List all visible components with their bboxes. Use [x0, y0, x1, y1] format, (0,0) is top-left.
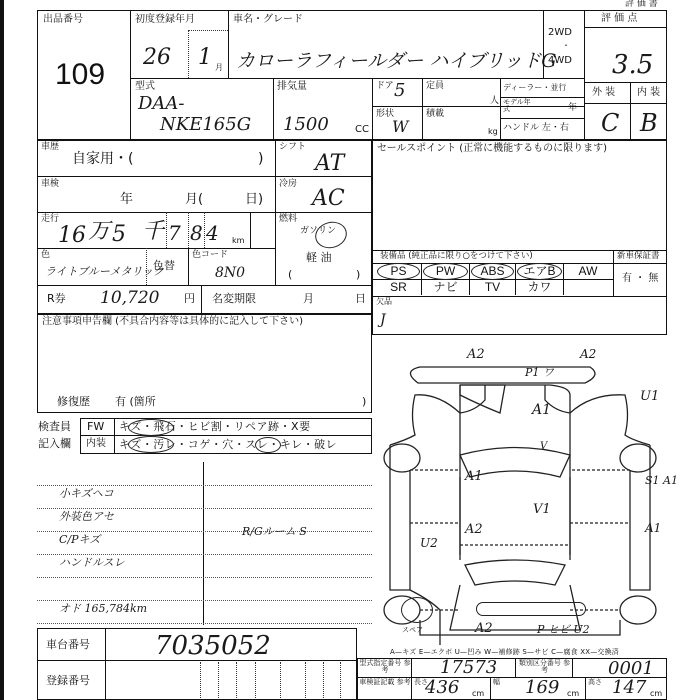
car-name-label: 車名・グレード — [233, 15, 303, 25]
mileage-sen: 5 — [112, 224, 126, 246]
scan-edge — [0, 0, 4, 700]
remark-left: 外装色アセ — [59, 511, 114, 522]
remarks-area: 小キズヘコ外装色アセC/Pキズハンドルスレオド 165,784kmR/Gルーム … — [37, 462, 372, 625]
interior-grade: B — [640, 111, 658, 135]
length: 436 — [425, 679, 459, 697]
mark-left-quarter: U2 — [420, 537, 438, 549]
mark-right-front-door: S1 A1 — [645, 475, 678, 486]
equipment-item: TV — [470, 280, 516, 295]
sales-point-label: セールスポイント (正常に機能するものに限ります) — [377, 144, 607, 154]
equipment-item: SR — [376, 280, 422, 295]
car-name: カローラフィールダー ハイブリッドG — [236, 52, 556, 71]
warranty-label: 新車保証書 — [617, 252, 660, 261]
color-code: 8N0 — [215, 266, 245, 280]
mark-front-bumper-left: A2 — [467, 348, 485, 361]
equipment-item: PW — [422, 264, 470, 279]
sheet-title: 評 価 書 — [625, 0, 658, 9]
equipment-item: PS — [376, 264, 422, 279]
equipment-item: ナビ — [422, 280, 470, 295]
first-reg-label: 初度登録年月 — [135, 15, 195, 25]
drive-2wd: 2WD — [548, 28, 572, 38]
aircon-value: AC — [312, 188, 345, 210]
equipment-item: カワ — [516, 280, 564, 295]
remark-left: オド 165,784km — [59, 603, 147, 614]
mark-grille: P1 ワ — [525, 367, 554, 378]
lot-number: 109 — [55, 58, 105, 92]
first-reg-year: 26 — [143, 47, 171, 69]
exterior-grade: C — [601, 111, 619, 135]
spare-tire-icon — [401, 597, 433, 623]
width: 169 — [525, 679, 559, 697]
damage-legend: A—キズ E—エクボ U—凹み W—補修跡 S—サビ C—腐食 XX—交換済 — [390, 649, 619, 656]
history-value: 自家用・( — [72, 152, 133, 166]
mark-roof: V1 — [533, 503, 551, 516]
mark-front-bumper-right: A2 — [580, 348, 596, 360]
remark-left: C/Pキズ — [59, 534, 100, 545]
registration-field — [105, 660, 357, 700]
type-prefix: DAA- — [138, 95, 185, 113]
type-label: 型式 — [135, 82, 155, 92]
mark-hood: A1 — [532, 403, 551, 417]
missing-value: J — [380, 313, 386, 327]
equipment-item: ABS — [470, 264, 516, 279]
equipment-item — [564, 280, 612, 295]
class-number: 0001 — [608, 660, 654, 678]
equipment-item: エアB — [516, 264, 564, 279]
displacement: 1500 — [283, 116, 329, 134]
mark-fender-right: U1 — [640, 390, 659, 403]
equipment-grid: PSPWABSエアBAWSRナビTVカワ — [376, 264, 612, 296]
mark-left-rear-door: A2 — [465, 523, 483, 536]
score-label: 評 価 点 — [601, 14, 637, 24]
exterior-label: 外 装 — [592, 88, 615, 98]
drive-4wd: 4WD — [548, 56, 572, 66]
interior-label: 内 装 — [637, 88, 660, 98]
equipment-label: 装備品 (純正品に限り○をつけて下さい) — [380, 252, 533, 261]
rear-bumper — [476, 602, 586, 616]
sales-point-section — [372, 140, 667, 335]
mark-rear-bumper-left: A2 — [475, 622, 493, 635]
first-reg-month: 1 — [198, 47, 212, 69]
remark-right: R/Gルーム S — [242, 526, 307, 537]
top-section — [37, 10, 667, 140]
mileage-man: 16 — [58, 225, 86, 247]
lot-label: 出品番号 — [43, 15, 83, 25]
remark-left: ハンドルスレ — [59, 557, 125, 568]
remark-left: 小キズヘコ — [59, 488, 114, 499]
height: 147 — [612, 679, 646, 697]
score-value: 3.5 — [612, 52, 653, 78]
mark-right-rear-door: A1 — [645, 522, 661, 534]
mark-left-front-door: A1 — [465, 470, 483, 483]
equipment-item: AW — [564, 264, 612, 279]
doors-label: ドア — [376, 82, 394, 91]
doors: 5 — [394, 82, 405, 100]
body: W — [392, 119, 408, 135]
mark-windshield: V — [540, 442, 547, 452]
notes-label: 注意事項申告欄 (不具合内容等は具体的に記入して下さい) — [42, 317, 303, 327]
type-cert-number: 17573 — [440, 659, 497, 677]
repair-value: 有 (箇所 — [115, 396, 156, 407]
shift-value: AT — [315, 153, 344, 175]
warranty-value: 有 ・ 無 — [622, 274, 658, 284]
recycle-amount: 10,720 — [100, 290, 159, 307]
displacement-label: 排気量 — [277, 82, 307, 92]
mark-rear-bumper-center: P ヒビ U2 — [537, 624, 590, 635]
type-code: NKE165G — [160, 116, 251, 134]
chassis-number: 7035052 — [155, 633, 271, 659]
